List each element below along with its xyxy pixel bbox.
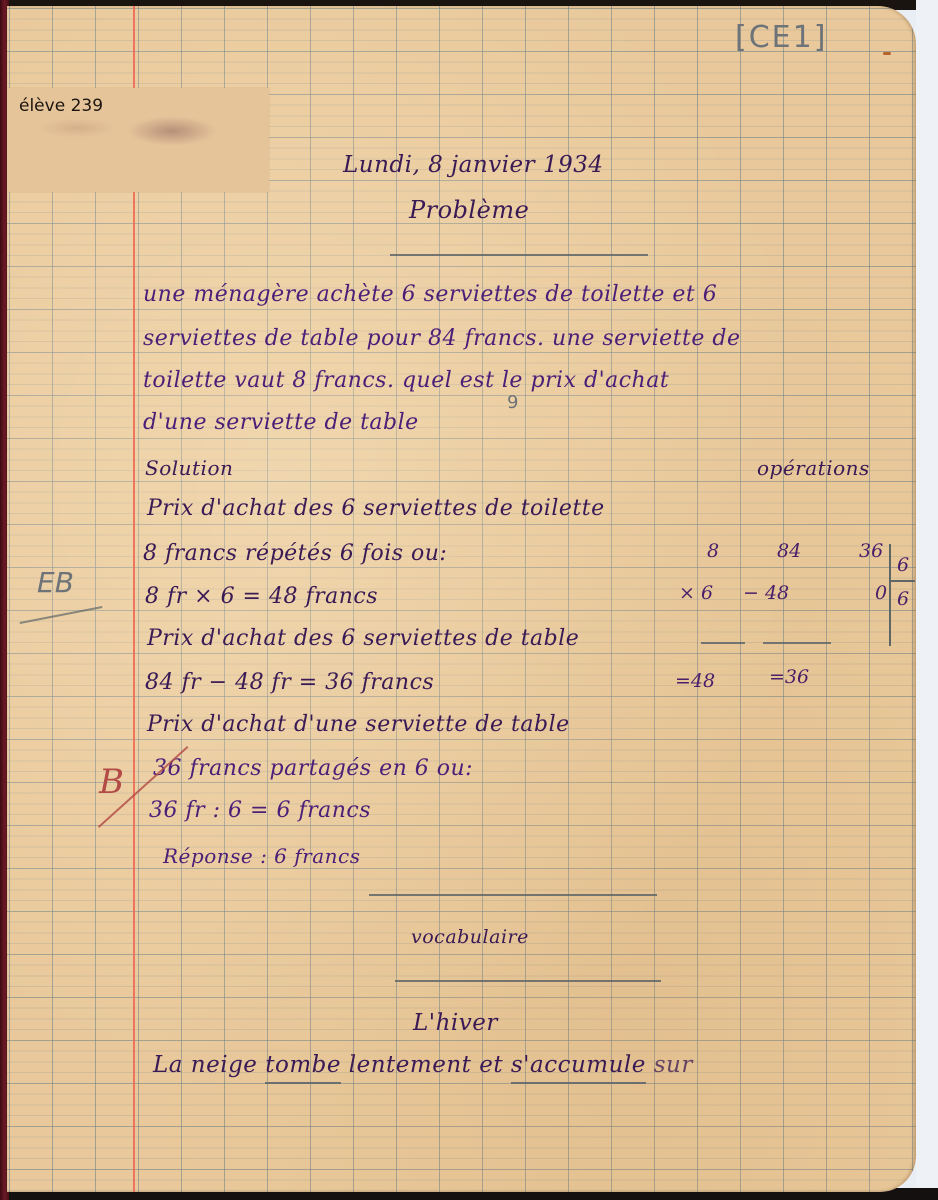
dictation-line: La neige tombe lentement et s'accumule s… xyxy=(153,1052,693,1078)
blurred-name xyxy=(37,118,117,138)
mult-top: 8 xyxy=(707,540,719,562)
sub-top: 84 xyxy=(777,540,801,562)
dictation-word-underlined: tombe xyxy=(265,1052,341,1078)
solution-line: 8 fr × 6 = 48 francs xyxy=(145,584,378,609)
dictation-title: L'hiver xyxy=(413,1010,498,1036)
lesson-title: Problème xyxy=(409,196,529,224)
solution-line: 36 francs partagés en 6 ou: xyxy=(153,756,473,781)
mult-multiplier: × 6 xyxy=(679,582,713,604)
problem-line: serviettes de table pour 84 francs. une … xyxy=(143,326,740,351)
answer-line: Réponse : 6 francs xyxy=(163,844,361,868)
section-rule xyxy=(369,894,657,896)
solution-line: Prix d'achat des 6 serviettes de toilett… xyxy=(147,496,605,521)
sub-rule xyxy=(763,642,831,644)
sub-subtract: − 48 xyxy=(743,582,789,604)
solution-line: 8 francs répétés 6 fois ou: xyxy=(143,541,447,566)
dictation-word: La neige xyxy=(153,1052,257,1078)
division-bar-horizontal xyxy=(891,580,915,582)
level-tag: [CE1] xyxy=(735,20,827,55)
solution-line: Prix d'achat d'une serviette de table xyxy=(147,712,570,737)
redacted-name-box: élève 239 xyxy=(7,88,269,192)
mult-result: =48 xyxy=(675,670,715,692)
blurred-name xyxy=(127,116,217,146)
vocabulary-heading: vocabulaire xyxy=(411,926,529,948)
word-underline xyxy=(265,1082,341,1084)
solution-line: Prix d'achat des 6 serviettes de table xyxy=(147,626,579,651)
margin-grade-red: B xyxy=(99,762,124,802)
div-dividend: 36 xyxy=(859,540,883,562)
title-rule xyxy=(390,254,648,256)
div-divisor: 6 xyxy=(897,554,909,576)
solution-line: 84 fr − 48 fr = 36 francs xyxy=(145,670,434,695)
sub-result: =36 xyxy=(769,666,809,688)
dictation-word-underlined: s'accumule xyxy=(511,1052,646,1078)
problem-line: une ménagère achète 6 serviettes de toil… xyxy=(143,282,717,307)
correction-mark: 9 xyxy=(507,392,518,413)
dictation-word: sur xyxy=(654,1052,693,1078)
mult-rule xyxy=(701,642,745,644)
problem-line: d'une serviette de table xyxy=(143,410,419,435)
operations-heading: opérations xyxy=(757,456,870,480)
div-quotient: 6 xyxy=(897,588,909,610)
section-rule xyxy=(395,980,661,982)
lesson-date: Lundi, 8 janvier 1934 xyxy=(343,152,604,178)
div-remainder: 0 xyxy=(875,582,887,604)
scan-background-right xyxy=(916,0,938,1200)
dictation-word: tombe xyxy=(265,1052,341,1078)
solution-heading: Solution xyxy=(145,456,233,480)
division-bar-vertical xyxy=(889,544,891,646)
paper-stain xyxy=(883,52,891,55)
margin-grade-stroke xyxy=(20,606,103,624)
word-underline xyxy=(511,1082,646,1084)
margin-grade-pencil: EB xyxy=(37,566,74,599)
dictation-word: lentement et xyxy=(349,1052,503,1078)
problem-line: toilette vaut 8 francs. quel est le prix… xyxy=(143,368,669,393)
dictation-word: s'accumule xyxy=(511,1052,646,1078)
student-id-label: élève 239 xyxy=(19,96,103,116)
solution-line: 36 fr : 6 = 6 francs xyxy=(149,798,371,823)
notebook-page: élève 239 [CE1] Lundi, 8 janvier 1934 Pr… xyxy=(7,6,916,1192)
